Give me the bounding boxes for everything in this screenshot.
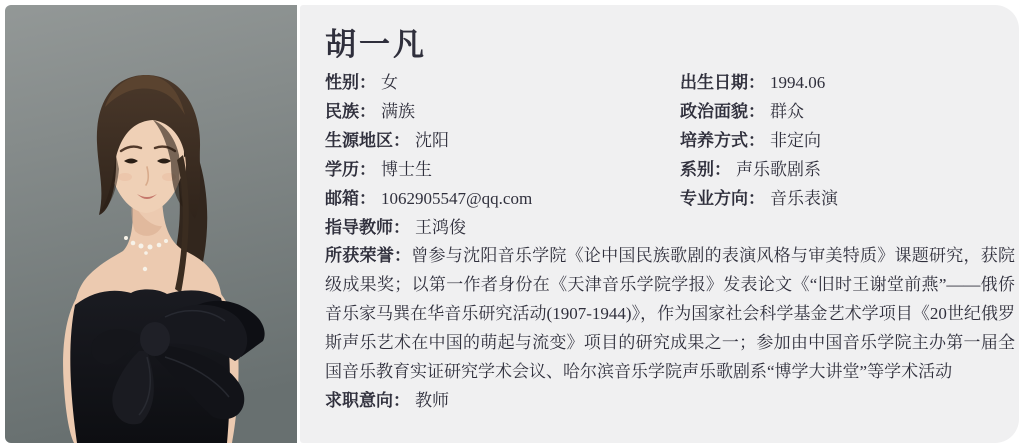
field-value: 1062905547@qq.com <box>381 189 532 208</box>
fields-right-column: 出生日期：1994.06 政治面貌：群众 培养方式：非定向 系别：声乐歌剧系 专… <box>680 68 1010 213</box>
field-job-intention: 求职意向：教师 <box>325 386 1015 415</box>
field-label: 性别： <box>325 73 376 92</box>
honors-and-intention: 所获荣誉：曾参与沈阳音乐学院《论中国民族歌剧的表演风格与审美特质》课题研究，获院… <box>325 241 1015 415</box>
fields-left-column: 性别：女 民族：满族 生源地区：沈阳 学历：博士生 邮箱：1062905547@… <box>325 68 675 242</box>
field-education: 学历：博士生 <box>325 155 675 184</box>
field-label: 生源地区： <box>325 131 410 150</box>
field-value: 群众 <box>770 102 804 121</box>
honors-text: 曾参与沈阳音乐学院《论中国民族歌剧的表演风格与审美特质》课题研究，获院级成果奖；… <box>325 246 1015 381</box>
candidate-name: 胡一凡 <box>325 19 427 64</box>
field-department: 系别：声乐歌剧系 <box>680 155 1010 184</box>
field-value: 满族 <box>381 102 415 121</box>
field-gender: 性别：女 <box>325 68 675 97</box>
field-label: 民族： <box>325 102 376 121</box>
field-value: 非定向 <box>770 131 821 150</box>
field-value: 教师 <box>415 391 449 410</box>
field-value: 1994.06 <box>770 73 825 92</box>
field-political-status: 政治面貌：群众 <box>680 97 1010 126</box>
field-major: 专业方向：音乐表演 <box>680 184 1010 213</box>
honors-label: 所获荣誉： <box>325 246 411 265</box>
field-value: 音乐表演 <box>770 189 838 208</box>
info-panel: 胡一凡 性别：女 民族：满族 生源地区：沈阳 学历：博士生 邮箱：1062905… <box>300 5 1019 443</box>
field-training-mode: 培养方式：非定向 <box>680 126 1010 155</box>
field-label: 求职意向： <box>325 391 410 410</box>
field-label: 政治面貌： <box>680 102 765 121</box>
resume-card: 胡一凡 性别：女 民族：满族 生源地区：沈阳 学历：博士生 邮箱：1062905… <box>0 0 1024 448</box>
honors-section: 所获荣誉：曾参与沈阳音乐学院《论中国民族歌剧的表演风格与审美特质》课题研究，获院… <box>325 241 1015 386</box>
field-value: 声乐歌剧系 <box>736 160 821 179</box>
field-label: 出生日期： <box>680 73 765 92</box>
field-birth-date: 出生日期：1994.06 <box>680 68 1010 97</box>
field-advisor: 指导教师：王鸿俊 <box>325 213 675 242</box>
field-value: 沈阳 <box>415 131 449 150</box>
field-value: 博士生 <box>381 160 432 179</box>
field-ethnicity: 民族：满族 <box>325 97 675 126</box>
field-label: 培养方式： <box>680 131 765 150</box>
portrait-photo <box>5 5 297 443</box>
field-label: 指导教师： <box>325 218 410 237</box>
field-label: 邮箱： <box>325 189 376 208</box>
field-label: 专业方向： <box>680 189 765 208</box>
field-value: 王鸿俊 <box>415 218 466 237</box>
field-label: 系别： <box>680 160 731 179</box>
field-label: 学历： <box>325 160 376 179</box>
field-email: 邮箱：1062905547@qq.com <box>325 184 675 213</box>
portrait-illustration <box>5 5 297 443</box>
field-origin-region: 生源地区：沈阳 <box>325 126 675 155</box>
field-value: 女 <box>381 73 398 92</box>
